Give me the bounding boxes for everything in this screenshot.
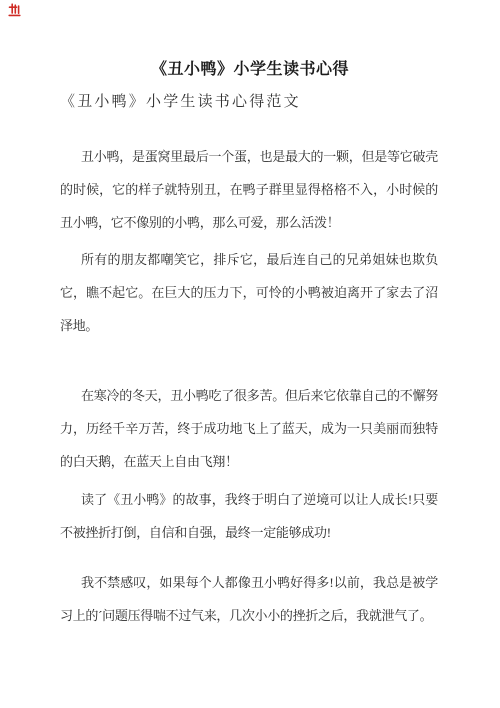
page-title: 《丑小鸭》小学生读书心得 [0,57,500,83]
document-page: 《丑小鸭》小学生读书心得 《丑小鸭》小学生读书心得范文 丑小鸭，是蛋窝里最后一个… [0,0,500,708]
red-stamp-icon [8,3,21,17]
paragraph: 所有的朋友都嘲笑它，排斥它，最后连自己的兄弟姐妹也欺负它，瞧不起它。在巨大的压力… [60,243,438,342]
paragraph: 读了《丑小鸭》的故事，我终于明白了逆境可以让人成长!只要不被挫折打倒，自信和自强… [60,483,438,549]
paragraph: 我不禁感叹，如果每个人都像丑小鸭好得多!以前，我总是被学习上的ˊ问题压得喘不过气… [60,566,438,632]
page-subtitle: 《丑小鸭》小学生读书心得范文 [60,91,438,113]
paragraph: 丑小鸭，是蛋窝里最后一个蛋，也是最大的一颗，但是等它破壳的时候，它的样子就特别丑… [60,140,438,239]
document-body: 丑小鸭，是蛋窝里最后一个蛋，也是最大的一颗，但是等它破壳的时候，它的样子就特别丑… [60,140,438,632]
paragraph: 在寒冷的冬天，丑小鸭吃了很多苦。但后来它依靠自己的不懈努力，历经千辛万苦，终于成… [60,379,438,478]
